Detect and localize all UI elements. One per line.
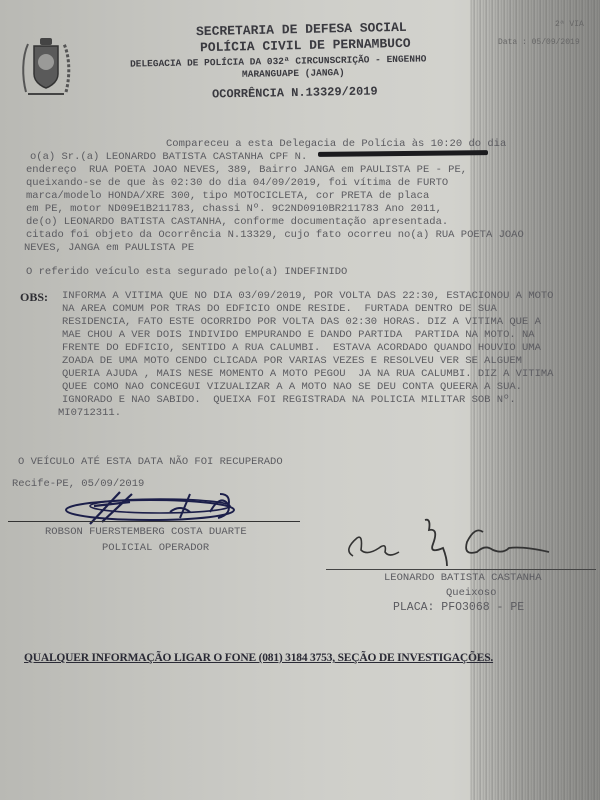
obs-line: INFORMA A VITIMA QUE NO DIA 03/09/2019, … (62, 290, 553, 303)
officer-signature-line (8, 521, 300, 522)
body-line: NEVES, JANGA em PAULISTA PE (24, 242, 194, 255)
body-line: endereço RUA POETA JOAO NEVES, 389, Bair… (26, 164, 467, 177)
insurance-line: O referido veículo esta segurado pelo(a)… (26, 266, 347, 279)
obs-line: MI0712311. (58, 407, 121, 420)
body-line: citado foi objeto da Ocorrência N.13329,… (26, 229, 524, 242)
redaction-bar (318, 150, 488, 157)
body-line: em PE, motor ND09E1B211783, chassi Nº. 9… (26, 203, 442, 216)
recovery-status: O VEÍCULO ATÉ ESTA DATA NÃO FOI RECUPERA… (18, 456, 283, 469)
obs-line: RESIDENCIA, FATO ESTE OCORRIDO POR VOLTA… (62, 316, 541, 329)
obs-line: NA AREA COMUM POR TRAS DO EDFICIO ONDE R… (62, 303, 497, 316)
contact-footer: QUALQUER INFORMAÇÃO LIGAR O FONE (081) 3… (24, 652, 493, 664)
body-line: marca/modelo HONDA/XRE 300, tipo MOTOCIC… (26, 190, 429, 203)
complainant-signature-icon (335, 518, 565, 570)
obs-line: MAE CHOU A VER DOIS INDIVIDO EMPURANDO E… (62, 329, 535, 342)
obs-line: QUEE COMO NAO CONCEGUI VIZUALIZAR A A MO… (62, 381, 522, 394)
header-maranguape: MARANGUAPE (JANGA) (242, 67, 345, 80)
copy-label: 2ª VIA (555, 20, 584, 29)
header-delegacia: DELEGACIA DE POLÍCIA DA 032ª CIRCUNSCRIÇ… (130, 53, 427, 69)
obs-line: ZOADA DE UMA MOTO CENDO CLICADA POR VARI… (62, 355, 522, 368)
complainant-role: Queixoso (446, 587, 496, 600)
body-line: queixando-se de que às 02:30 do dia 04/0… (26, 177, 448, 190)
body-line: o(a) Sr.(a) LEONARDO BATISTA CASTANHA CP… (30, 151, 307, 164)
vehicle-plate: PLACA: PFO3068 - PE (393, 602, 524, 615)
officer-name: ROBSON FUERSTEMBERG COSTA DUARTE (45, 526, 247, 539)
occurrence-number: OCORRÊNCIA N.13329/2019 (212, 85, 378, 102)
officer-signature-icon (60, 488, 250, 530)
body-line: Compareceu a esta Delegacia de Polícia à… (166, 138, 506, 151)
obs-line: QUERIA AJUDA , MAIS NESE MOMENTO A MOTO … (62, 368, 553, 381)
complainant-name: LEONARDO BATISTA CASTANHA (384, 572, 542, 585)
officer-role: POLICIAL OPERADOR (102, 542, 209, 555)
obs-line: FRENTE DO EDFICIO, SENTIDO A RUA CALUMBI… (62, 342, 541, 355)
body-line: de(o) LEONARDO BATISTA CASTANHA, conform… (26, 216, 448, 229)
obs-line: IGNORADO E NAO SABIDO. QUEIXA FOI REGIST… (62, 394, 516, 407)
state-crest-icon (20, 32, 72, 98)
complainant-signature-line (326, 569, 596, 570)
corner-date: Data : 05/09/2019 (498, 38, 580, 47)
header-policia-civil: POLÍCIA CIVIL DE PERNAMBUCO (200, 36, 411, 55)
obs-label: OBS: (20, 290, 48, 305)
